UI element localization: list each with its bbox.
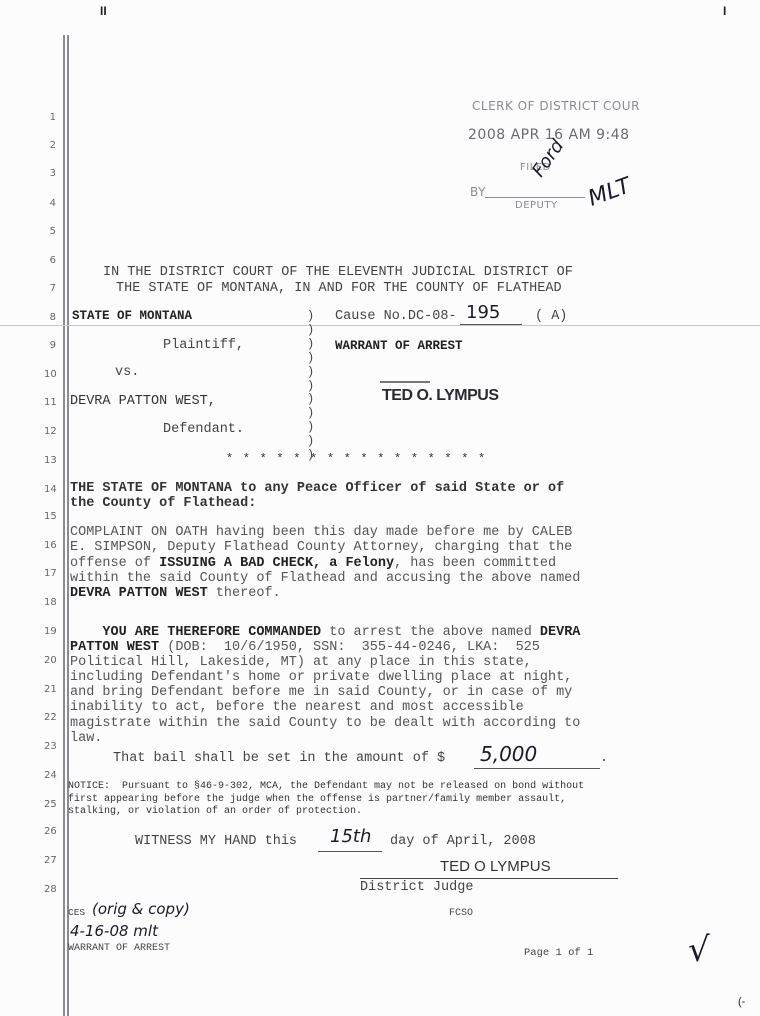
plaintiff-label: Plaintiff, xyxy=(163,338,244,353)
bail-text: That bail shall be set in the amount of … xyxy=(113,751,445,766)
address-line2: the County of Flathead: xyxy=(70,496,256,511)
caption-paren: ) xyxy=(307,420,314,434)
line-number: 28 xyxy=(44,884,56,895)
defendant-name: DEVRA PATTON WEST, xyxy=(70,394,216,409)
complaint-line: within the said County of Flathead and a… xyxy=(70,571,580,586)
caption-paren: ) xyxy=(307,434,314,448)
cc-handwritten: (orig & copy) xyxy=(92,900,190,918)
address-rest: to any Peace Officer of said State or of xyxy=(232,481,564,496)
court-header-line1: IN THE DISTRICT COURT OF THE ELEVENTH JU… xyxy=(103,265,573,280)
caption-paren: ) xyxy=(307,351,314,365)
line-number: 7 xyxy=(44,283,56,294)
command-line: magistrate within the said County to be … xyxy=(70,716,580,731)
line-number: 3 xyxy=(44,168,56,179)
command-line: law. xyxy=(70,731,102,746)
caption-paren: ) xyxy=(307,323,314,337)
vs-label: vs. xyxy=(115,365,139,380)
complaint-paragraph: COMPLAINT ON OATH having been this day m… xyxy=(70,525,650,601)
line-number: 19 xyxy=(44,626,56,637)
line-number: 8 xyxy=(44,312,56,323)
court-header-line2: THE STATE OF MONTANA, IN AND FOR THE COU… xyxy=(116,281,562,296)
line-number: 2 xyxy=(44,140,56,151)
defendant-name-bold: DEVRA PATTON WEST xyxy=(70,586,208,601)
defendant-details: (DOB: 10/6/1950, SSN: 355-44-0246, LKA: … xyxy=(159,640,540,655)
line-number: 6 xyxy=(44,255,56,266)
command-line: inability to act, before the nearest and… xyxy=(70,700,524,715)
fold-line xyxy=(0,325,760,326)
witness-text: WITNESS MY HAND this xyxy=(135,834,297,849)
cause-number-underline xyxy=(460,324,522,325)
judge-stamp: TED O. LYMPUS xyxy=(382,387,498,405)
caption-paren: ) xyxy=(307,309,314,323)
line-number: 14 xyxy=(44,484,56,495)
complaint-line: E. SIMPSON, Deputy Flathead County Attor… xyxy=(70,540,572,555)
defendant-last: PATTON WEST xyxy=(70,640,159,655)
line-number: 21 xyxy=(44,684,56,695)
line-number: 4 xyxy=(44,198,56,209)
witness-date: day of April, 2008 xyxy=(390,834,536,849)
filing-stamp-by-line xyxy=(485,197,585,198)
line-number: 18 xyxy=(44,597,56,608)
line-number: 27 xyxy=(44,855,56,866)
filing-stamp-clerk: CLERK OF DISTRICT COUR xyxy=(472,99,640,113)
cause-number: 195 xyxy=(466,302,500,323)
filing-handwritten-initials: MLT xyxy=(585,173,634,211)
line-number: 11 xyxy=(44,397,56,408)
line-number: 13 xyxy=(44,455,56,466)
notice-line: NOTICE: Pursuant to §46-9-302, MCA, the … xyxy=(68,781,584,792)
command-line: to arrest the above named xyxy=(321,625,540,640)
bail-end: . xyxy=(600,751,608,766)
bail-underline xyxy=(474,768,600,769)
cause-suffix: ( A) xyxy=(535,309,567,324)
margin-rule-right xyxy=(67,35,69,1016)
line-number: 16 xyxy=(44,540,56,551)
notice-line: stalking, or violation of an order of pr… xyxy=(68,806,362,817)
margin-mark-top-right: I xyxy=(723,4,726,18)
command-paragraph: YOU ARE THEREFORE COMMANDED to arrest th… xyxy=(70,625,650,746)
plaintiff-name: STATE OF MONTANA xyxy=(72,309,192,323)
line-number: 9 xyxy=(44,340,56,351)
line-number: 10 xyxy=(44,369,56,380)
command-line: including Defendant's home or private dw… xyxy=(70,670,572,685)
caption-paren: ) xyxy=(307,365,314,379)
complaint-line: offense of xyxy=(70,556,159,571)
line-number: 24 xyxy=(44,770,56,781)
caption-separator: * * * * * * * * * * * * * * * * xyxy=(226,452,486,466)
complaint-line: COMPLAINT ON OATH having been this day m… xyxy=(70,525,572,540)
fcso-label: FCSO xyxy=(449,908,473,919)
line-number: 22 xyxy=(44,712,56,723)
judge-title: District Judge xyxy=(360,880,473,895)
defendant-first: DEVRA xyxy=(540,625,581,640)
bail-amount: 5,000 xyxy=(480,742,537,766)
judge-signature-name: TED O LYMPUS xyxy=(440,858,551,875)
line-number: 15 xyxy=(44,511,56,522)
caption-paren: ) xyxy=(307,392,314,406)
margin-mark-top-left: II xyxy=(100,4,107,18)
cc-label: CES xyxy=(68,907,85,918)
line-number: 25 xyxy=(44,799,56,810)
cc-date-handwritten: 4-16-08 mlt xyxy=(70,922,158,940)
complaint-line: , has been committed xyxy=(394,556,556,571)
defendant-label: Defendant. xyxy=(163,422,244,437)
caption-paren: ) xyxy=(307,406,314,420)
filing-stamp-by: BY xyxy=(470,185,486,199)
line-number: 20 xyxy=(44,655,56,666)
line-number: 23 xyxy=(44,741,56,752)
caption-paren: ) xyxy=(307,379,314,393)
witness-underline xyxy=(318,851,382,852)
command-line: Political Hill, Lakeside, MT) at any pla… xyxy=(70,655,532,670)
page-number: Page 1 of 1 xyxy=(524,947,593,959)
margin-rule-left xyxy=(63,35,65,1016)
command-line: and bring Defendant before me in said Co… xyxy=(70,685,572,700)
offense-name: ISSUING A BAD CHECK, a Felony xyxy=(159,556,394,571)
witness-day: 15th xyxy=(330,826,371,847)
line-number: 26 xyxy=(44,826,56,837)
judge-stamp-smudge xyxy=(380,381,430,383)
footer-doc-name: WARRANT OF ARREST xyxy=(68,943,170,954)
cause-label: Cause No.DC-08- xyxy=(335,309,457,324)
margin-mark-bottom-right: (- xyxy=(738,996,745,1008)
line-number: 17 xyxy=(44,568,56,579)
line-number: 5 xyxy=(44,226,56,237)
complaint-line: thereof. xyxy=(208,586,281,601)
check-mark-icon: √ xyxy=(688,930,710,970)
filing-stamp-deputy: DEPUTY xyxy=(515,200,558,211)
address-state: THE STATE OF MONTANA xyxy=(70,481,232,496)
line-number: 12 xyxy=(44,426,56,437)
notice-paragraph: NOTICE: Pursuant to §46-9-302, MCA, the … xyxy=(68,781,584,819)
command-bold: YOU ARE THEREFORE COMMANDED xyxy=(102,625,321,640)
address-paragraph: THE STATE OF MONTANA to any Peace Office… xyxy=(70,481,650,512)
document-title: WARRANT OF ARREST xyxy=(335,339,463,353)
notice-line: first appearing before the judge when th… xyxy=(68,794,566,805)
signature-line xyxy=(360,878,618,879)
indent xyxy=(70,625,102,640)
line-number: 1 xyxy=(44,112,56,123)
caption-paren: ) xyxy=(307,337,314,351)
